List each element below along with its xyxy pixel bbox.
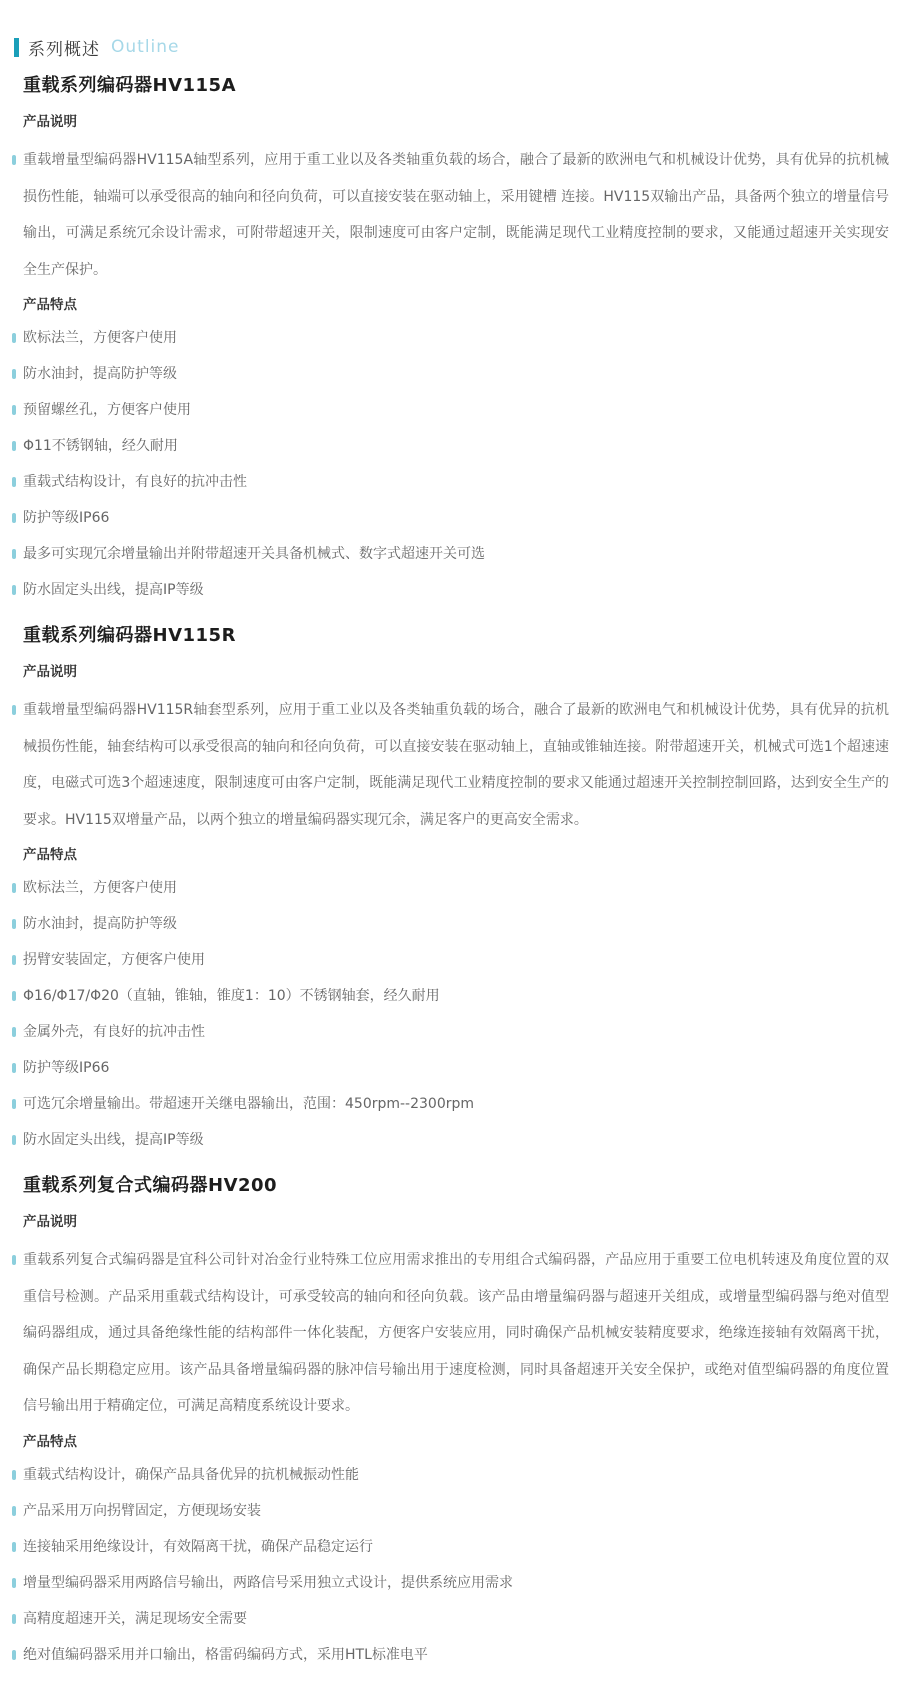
bullet-icon: [12, 919, 16, 929]
features-list: 重载式结构设计，确保产品具备优异的抗机械振动性能 产品采用万向拐臂固定，方便现场…: [23, 1457, 889, 1673]
bullet-icon: [12, 705, 16, 715]
bullet-icon: [12, 1650, 16, 1660]
bullet-icon: [12, 1027, 16, 1037]
bullet-icon: [12, 1099, 16, 1109]
product-section-hv200: 重载系列复合式编码器HV200 产品说明 重载系列复合式编码器是宜科公司针对冶金…: [23, 1175, 889, 1673]
bullet-icon: [12, 1470, 16, 1480]
bullet-icon: [12, 477, 16, 487]
content-column: 重载系列编码器HV115A 产品说明 重载增量型编码器HV115A轴型系列，应用…: [23, 75, 889, 1673]
accent-bar-icon: [14, 38, 19, 57]
feature-item: 欧标法兰，方便客户使用: [23, 320, 889, 356]
bullet-icon: [12, 1614, 16, 1624]
feature-item: 重载式结构设计，确保产品具备优异的抗机械振动性能: [23, 1457, 889, 1493]
product-title: 重载系列编码器HV115A: [23, 75, 889, 97]
feature-text: 防护等级IP66: [23, 510, 109, 526]
feature-item: 产品采用万向拐臂固定，方便现场安装: [23, 1493, 889, 1529]
feature-text: 防水油封，提高防护等级: [23, 366, 177, 382]
feature-text: 产品采用万向拐臂固定，方便现场安装: [23, 1503, 261, 1519]
feature-item: 防水油封，提高防护等级: [23, 356, 889, 392]
page-title-en: Outline: [111, 37, 180, 57]
feature-text: 绝对值编码器采用并口输出，格雷码编码方式，采用HTL标准电平: [23, 1647, 428, 1663]
feature-item: 防护等级IP66: [23, 500, 889, 536]
feature-item: 防水固定头出线，提高IP等级: [23, 1122, 889, 1158]
description-text: 重载系列复合式编码器是宜科公司针对冶金行业特殊工位应用需求推出的专用组合式编码器…: [23, 1252, 889, 1414]
feature-text: 可选冗余增量输出。带超速开关继电器输出，范围：450rpm--2300rpm: [23, 1096, 474, 1112]
feature-text: 防水固定头出线，提高IP等级: [23, 1132, 204, 1148]
bullet-icon: [12, 585, 16, 595]
feature-text: 欧标法兰，方便客户使用: [23, 880, 177, 896]
feature-item: Φ11不锈钢轴，经久耐用: [23, 428, 889, 464]
bullet-icon: [12, 955, 16, 965]
feature-item: 增量型编码器采用两路信号输出，两路信号采用独立式设计，提供系统应用需求: [23, 1565, 889, 1601]
bullet-icon: [12, 549, 16, 559]
feature-text: 金属外壳，有良好的抗冲击性: [23, 1024, 205, 1040]
feature-item: 防护等级IP66: [23, 1050, 889, 1086]
product-section-hv115a: 重载系列编码器HV115A 产品说明 重载增量型编码器HV115A轴型系列，应用…: [23, 75, 889, 608]
feature-item: 连接轴采用绝缘设计，有效隔离干扰，确保产品稳定运行: [23, 1529, 889, 1565]
feature-text: Φ16/Φ17/Φ20（直轴，锥轴，锥度1：10）不锈钢轴套，经久耐用: [23, 988, 440, 1004]
feature-text: 最多可实现冗余增量输出并附带超速开关具备机械式、数字式超速开关可选: [23, 546, 485, 562]
feature-text: 防水固定头出线，提高IP等级: [23, 582, 204, 598]
features-list: 欧标法兰，方便客户使用 防水油封，提高防护等级 拐臂安装固定，方便客户使用 Φ1…: [23, 870, 889, 1158]
bullet-icon: [12, 991, 16, 1001]
bullet-icon: [12, 405, 16, 415]
description-text: 重载增量型编码器HV115R轴套型系列，应用于重工业以及各类轴重负载的场合，融合…: [23, 702, 889, 828]
bullet-icon: [12, 155, 16, 165]
page: 系列概述 Outline 重载系列编码器HV115A 产品说明 重载增量型编码器…: [0, 0, 900, 1684]
feature-text: Φ11不锈钢轴，经久耐用: [23, 438, 178, 454]
feature-text: 防水油封，提高防护等级: [23, 916, 177, 932]
feature-item: 防水固定头出线，提高IP等级: [23, 572, 889, 608]
features-list: 欧标法兰，方便客户使用 防水油封，提高防护等级 预留螺丝孔，方便客户使用 Φ11…: [23, 320, 889, 608]
feature-item: 绝对值编码器采用并口输出，格雷码编码方式，采用HTL标准电平: [23, 1637, 889, 1673]
feature-text: 连接轴采用绝缘设计，有效隔离干扰，确保产品稳定运行: [23, 1539, 373, 1555]
feature-item: 预留螺丝孔，方便客户使用: [23, 392, 889, 428]
feature-text: 重载式结构设计，确保产品具备优异的抗机械振动性能: [23, 1467, 359, 1483]
feature-text: 增量型编码器采用两路信号输出，两路信号采用独立式设计，提供系统应用需求: [23, 1575, 513, 1591]
feature-text: 重载式结构设计，有良好的抗冲击性: [23, 474, 247, 490]
feature-item: 防水油封，提高防护等级: [23, 906, 889, 942]
desc-label: 产品说明: [23, 663, 889, 681]
description-text: 重载增量型编码器HV115A轴型系列，应用于重工业以及各类轴重负载的场合，融合了…: [23, 152, 889, 278]
feature-item: 拐臂安装固定，方便客户使用: [23, 942, 889, 978]
feature-item: 重载式结构设计，有良好的抗冲击性: [23, 464, 889, 500]
features-label: 产品特点: [23, 296, 889, 314]
feature-item: 欧标法兰，方便客户使用: [23, 870, 889, 906]
product-description: 重载增量型编码器HV115R轴套型系列，应用于重工业以及各类轴重负载的场合，融合…: [23, 692, 889, 838]
page-header: 系列概述 Outline: [14, 36, 889, 58]
bullet-icon: [12, 1542, 16, 1552]
features-label: 产品特点: [23, 1433, 889, 1451]
product-title: 重载系列编码器HV115R: [23, 625, 889, 647]
product-description: 重载系列复合式编码器是宜科公司针对冶金行业特殊工位应用需求推出的专用组合式编码器…: [23, 1242, 889, 1425]
bullet-icon: [12, 369, 16, 379]
bullet-icon: [12, 1578, 16, 1588]
desc-label: 产品说明: [23, 1213, 889, 1231]
feature-item: 高精度超速开关，满足现场安全需要: [23, 1601, 889, 1637]
desc-label: 产品说明: [23, 113, 889, 131]
bullet-icon: [12, 333, 16, 343]
bullet-icon: [12, 883, 16, 893]
feature-item: Φ16/Φ17/Φ20（直轴，锥轴，锥度1：10）不锈钢轴套，经久耐用: [23, 978, 889, 1014]
bullet-icon: [12, 1135, 16, 1145]
page-title: 系列概述: [28, 35, 100, 60]
bullet-icon: [12, 513, 16, 523]
feature-item: 最多可实现冗余增量输出并附带超速开关具备机械式、数字式超速开关可选: [23, 536, 889, 572]
feature-item: 金属外壳，有良好的抗冲击性: [23, 1014, 889, 1050]
bullet-icon: [12, 1506, 16, 1516]
product-title: 重载系列复合式编码器HV200: [23, 1175, 889, 1197]
bullet-icon: [12, 1255, 16, 1265]
feature-text: 防护等级IP66: [23, 1060, 109, 1076]
feature-text: 预留螺丝孔，方便客户使用: [23, 402, 191, 418]
features-label: 产品特点: [23, 846, 889, 864]
product-description: 重载增量型编码器HV115A轴型系列，应用于重工业以及各类轴重负载的场合，融合了…: [23, 142, 889, 288]
bullet-icon: [12, 441, 16, 451]
feature-item: 可选冗余增量输出。带超速开关继电器输出，范围：450rpm--2300rpm: [23, 1086, 889, 1122]
feature-text: 高精度超速开关，满足现场安全需要: [23, 1611, 247, 1627]
feature-text: 拐臂安装固定，方便客户使用: [23, 952, 205, 968]
bullet-icon: [12, 1063, 16, 1073]
product-section-hv115r: 重载系列编码器HV115R 产品说明 重载增量型编码器HV115R轴套型系列，应…: [23, 625, 889, 1158]
feature-text: 欧标法兰，方便客户使用: [23, 330, 177, 346]
